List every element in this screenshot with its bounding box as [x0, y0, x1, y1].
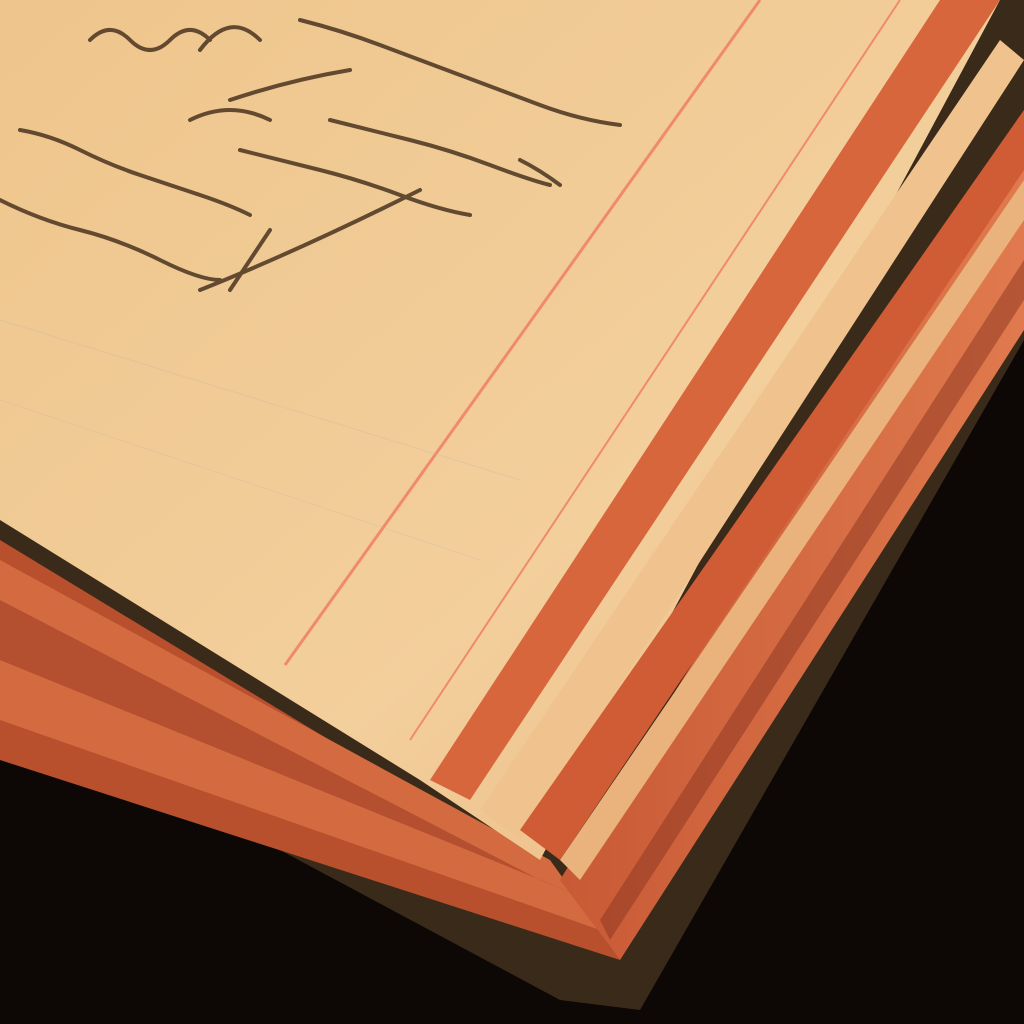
book-illustration: [0, 0, 1024, 1024]
book-photo: [0, 0, 1024, 1024]
